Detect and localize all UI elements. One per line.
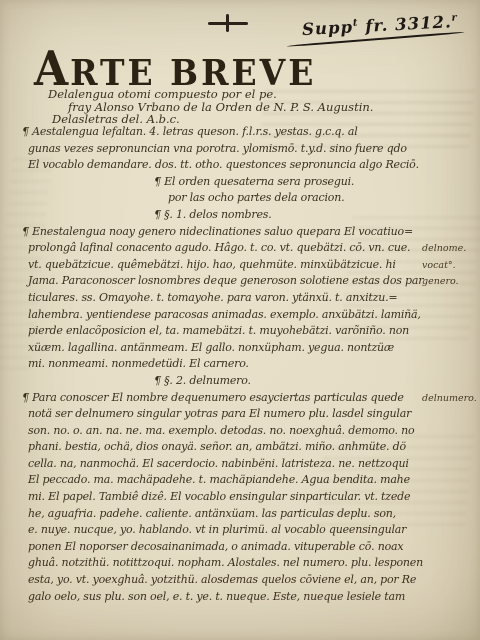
line-text: esta, yo. vt. yoexghuâ. yotzithü. alosde…: [28, 573, 416, 586]
line-text: xüæm. lagallina. antänmeam. El gallo. no…: [28, 341, 394, 354]
text-line: ticulares. ss. Omayohe. t. tomayohe. par…: [22, 290, 466, 307]
line-text: gunas vezes sepronuncian vna porotra. yl…: [28, 142, 407, 155]
shelfmark: Suppt fr. 3312.r: [302, 12, 459, 39]
text-line: xüæm. lagallina. antänmeam. El gallo. no…: [22, 340, 466, 357]
manuscript-page: Suppt fr. 3312.r ARTE BREVE Delalengua o…: [0, 0, 480, 640]
line-text: notä ser delnumero singular yotras para …: [28, 407, 411, 420]
line-text: phani. bestia, ochä, dios onayä. señor. …: [28, 440, 406, 453]
line-text: lahembra. yentiendese paracosas animadas…: [28, 308, 421, 321]
text-line: mi. El papel. Tambiê dizê. El vocablo en…: [22, 489, 466, 506]
text-line: phani. bestia, ochä, dios onayä. señor. …: [22, 439, 466, 456]
line-text: vt. quebätzicue. quêmebätzi. hijo. hao, …: [28, 258, 396, 271]
line-text: ghuâ. notzithü. notittzoqui. nopham. Alo…: [28, 556, 423, 569]
text-line: lahembra. yentiendese paracosas animadas…: [22, 307, 466, 324]
text-line: ¶ Enestalengua noay genero nideclination…: [22, 224, 466, 241]
text-line: prolongâ lafinal conacento agudo. Hâgo. …: [22, 240, 466, 257]
line-text: ¶ §. 1. delos nombres.: [154, 208, 272, 221]
text-line: mi. nonmeami. nonmedetüdi. El carnero.: [22, 356, 466, 373]
subtitle-block: Delalengua otomi compuesto por el pe.fra…: [30, 88, 450, 126]
line-text: ¶ El orden quesaterna sera prosegui.: [154, 175, 354, 188]
shelfmark-text: Supp: [302, 17, 354, 39]
line-text: El peccado. ma. machäpadehe. t. machäpia…: [28, 473, 410, 486]
text-line: El vocablo demandare. dos. tt. otho. que…: [22, 157, 466, 174]
text-line: cella. na, nanmochä. El sacerdocio. nabi…: [22, 456, 466, 473]
line-text: ¶ Para conoscer El nombre dequenumero es…: [22, 391, 404, 404]
line-text: cella. na, nanmochä. El sacerdocio. nabi…: [28, 457, 409, 470]
line-text: ¶ Aestalengua lefaltan. 4. letras queson…: [22, 125, 358, 138]
line-text: por las ocho partes dela oracion.: [168, 191, 344, 204]
text-line: vt. quebätzicue. quêmebätzi. hijo. hao, …: [22, 257, 466, 274]
line-text: he, aguafria. padehe. caliente. antänxüa…: [28, 507, 396, 520]
line-text: ¶ §. 2. delnumero.: [154, 374, 251, 387]
margin-note: delnumero.: [422, 391, 477, 408]
text-line: ¶ §. 2. delnumero.: [22, 373, 466, 390]
text-line: ¶ §. 1. delos nombres.: [22, 207, 466, 224]
line-text: galo oelo, sus plu. son oel, e. t. ye. t…: [28, 590, 405, 603]
text-line: ponen El noporser decosainanimada, o ani…: [22, 539, 466, 556]
line-text: e. nuye. nucque, yo. hablando. vt in plu…: [28, 523, 406, 536]
text-line: he, aguafria. padehe. caliente. antänxüa…: [22, 506, 466, 523]
text-line: galo oelo, sus plu. son oel, e. t. ye. t…: [22, 589, 466, 606]
body-text-block: ¶ Aestalengua lefaltan. 4. letras queson…: [22, 124, 466, 605]
cross-icon: [208, 14, 248, 32]
margin-note: delnome.: [422, 241, 466, 258]
text-line: por las ocho partes dela oracion.: [22, 190, 466, 207]
text-line: ¶ Para conoscer El nombre dequenumero es…: [22, 390, 466, 407]
line-text: ¶ Enestalengua noay genero nideclination…: [22, 225, 413, 238]
shelfmark-superscript: r: [451, 12, 458, 23]
text-line: son. no. o. an. na. ne. ma. exemplo. det…: [22, 423, 466, 440]
line-text: mi. nonmeami. nonmedetüdi. El carnero.: [28, 357, 249, 370]
text-line: notä ser delnumero singular yotras para …: [22, 406, 466, 423]
text-line: gunas vezes sepronuncian vna porotra. yl…: [22, 141, 466, 158]
line-text: ticulares. ss. Omayohe. t. tomayohe. par…: [28, 291, 397, 304]
text-line: ¶ Aestalengua lefaltan. 4. letras queson…: [22, 124, 466, 141]
line-text: El vocablo demandare. dos. tt. otho. que…: [28, 158, 419, 171]
text-line: ghuâ. notzithü. notittzoqui. nopham. Alo…: [22, 555, 466, 572]
shelfmark-text: fr. 3312.: [358, 12, 452, 36]
margin-note: vocat°.: [422, 258, 456, 275]
line-text: ponen El noporser decosainanimada, o ani…: [28, 540, 403, 553]
text-line: e. nuye. nucque, yo. hablando. vt in plu…: [22, 522, 466, 539]
line-text: mi. El papel. Tambiê dizê. El vocablo en…: [28, 490, 410, 503]
line-text: son. no. o. an. na. ne. ma. exemplo. det…: [28, 424, 414, 437]
text-line: ¶ El orden quesaterna sera prosegui.: [22, 174, 466, 191]
line-text: Jama. Paraconoscer losnombres deque gene…: [28, 274, 423, 287]
line-text: prolongâ lafinal conacento agudo. Hâgo. …: [28, 241, 410, 254]
text-line: El peccado. ma. machäpadehe. t. machäpia…: [22, 472, 466, 489]
text-line: esta, yo. vt. yoexghuâ. yotzithü. alosde…: [22, 572, 466, 589]
margin-note: genero.: [422, 274, 459, 291]
text-line: Jama. Paraconoscer losnombres deque gene…: [22, 273, 466, 290]
line-text: pierde enlacõposicion el, ta. mamebätzi.…: [28, 324, 409, 337]
text-line: pierde enlacõposicion el, ta. mamebätzi.…: [22, 323, 466, 340]
